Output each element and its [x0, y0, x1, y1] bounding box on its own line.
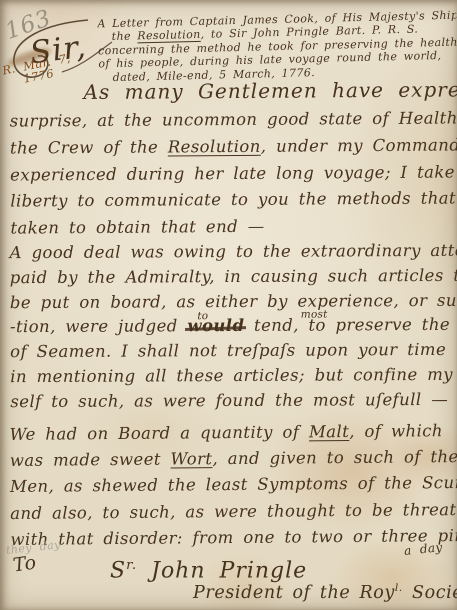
body-line: and also, to such, as were thought to be… — [10, 497, 457, 527]
underlined-word: Resolution — [137, 28, 201, 43]
body-line: paid by the Admiralty, in causing such a… — [10, 264, 457, 291]
body-paragraph-2: A good deal was owing to the extraordina… — [10, 239, 457, 415]
body-paragraph-1: As many Gentlemen have expreſsed some su… — [9, 74, 457, 242]
body-line: self to such, as were found the most uſe… — [10, 388, 457, 415]
body-line: taken to obtain that end — — [10, 213, 457, 243]
body-line: As many Gentlemen have expreſsed some — [9, 74, 456, 108]
body-line: surprise, at the uncommon good state of … — [10, 105, 457, 135]
body-line: the Crew of the Resolution, under my Com… — [10, 132, 457, 162]
body-paragraph-3: We had on Board a quantity of Malt, of w… — [9, 418, 457, 553]
addressee-name: Sr. John Pringle — [110, 558, 307, 583]
letter-heading: A Letter from Captain James Cook, of His… — [97, 9, 457, 85]
body-line: Men, as shewed the least Symptoms of the… — [10, 470, 457, 500]
body-line: of Seamen. I shall not treſpaſs upon you… — [10, 338, 457, 365]
inserted-word: most — [301, 303, 328, 328]
underlined-word: Resolution — [168, 137, 261, 157]
body-line: We had on Board a quantity of Malt, of w… — [9, 418, 456, 448]
struck-word: would — [187, 316, 244, 335]
underlined-word: Malt — [309, 422, 349, 441]
margin-note-a-day: a day — [404, 540, 444, 558]
body-line: experienced during her late long voyage;… — [10, 159, 457, 189]
body-line: with that disorder: from one to two or t… — [10, 523, 457, 553]
body-line: A good deal was owing to the extraordina… — [10, 239, 457, 266]
underlined-word: Wort — [170, 449, 212, 468]
addressee-title: President of the Royl. Society — [193, 582, 457, 603]
body-line: in mentioning all these articles; but co… — [10, 363, 457, 390]
body-line: be put on board, as either by experience… — [10, 288, 457, 315]
manuscript-page: { "colors": { "paper": "#e8dfcb", "ink":… — [0, 0, 457, 610]
address-to: To — [12, 551, 38, 576]
body-line-with-edits: -tion, were judged towould tend,most to … — [10, 313, 457, 340]
body-line: liberty to communicate to you the method… — [10, 186, 457, 216]
body-line: was made sweet Wort, and given to such o… — [10, 444, 457, 474]
